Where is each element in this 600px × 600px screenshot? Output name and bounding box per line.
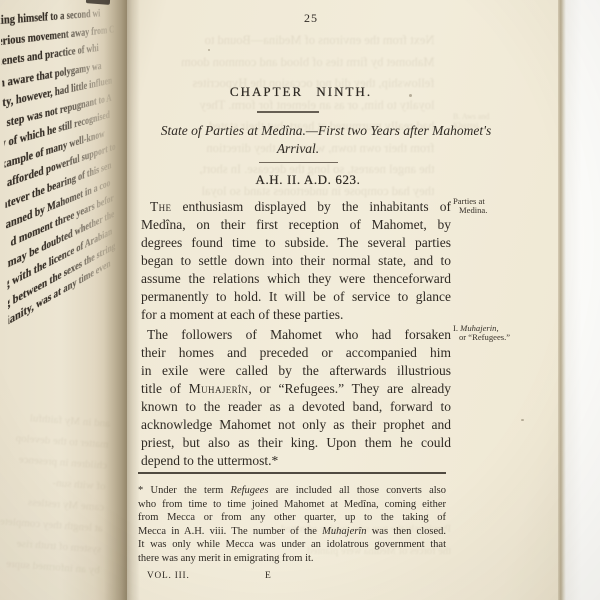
divider-rule — [259, 162, 338, 163]
text-line: for a moment at each of these parties. — [141, 306, 451, 324]
text-line: The enthusiasm displayed by the inhabita… — [141, 198, 451, 216]
chapter-subtitle-line1: State of Parties at Medîna.—First two Ye… — [141, 123, 511, 139]
text-line: began to settle down into their normal s… — [141, 252, 451, 270]
show-through-text: and in My faithful matter to the develop… — [0, 407, 111, 582]
margin-note-line: Medina. — [453, 206, 548, 215]
left-page-text: ting himself to a second wi erious movem… — [0, 0, 127, 354]
paragraph-2: The followers of Mahomet who had forsake… — [141, 326, 451, 470]
margin-note-line: or “Refugees.” — [453, 333, 548, 342]
page-content: Next from the environs of Medina—Bound t… — [141, 0, 451, 600]
text-line: priest, but also as their king. Upon the… — [141, 434, 451, 452]
footnote-line: from Mecca or from any other quarter, up… — [138, 511, 446, 525]
show-through-line: B. Aws and — [453, 112, 489, 121]
show-through-line: Mahomet by firm ties of blood and common… — [181, 52, 434, 74]
divider-rule — [257, 111, 319, 113]
dust-speck — [208, 49, 210, 51]
footnote-line: * Under the term Refugees are included a… — [138, 484, 446, 498]
text-line: The followers of Mahomet who had forsake… — [141, 326, 451, 344]
text-line: their homes and preceded or accompanied … — [141, 344, 451, 362]
page-number: 25 — [156, 11, 466, 26]
text-segment: title of — [141, 381, 189, 396]
text-line: known to the reader as a devoted band, f… — [141, 398, 451, 416]
footnote-rule — [138, 472, 446, 474]
text-line: assume the relations which they were the… — [141, 270, 451, 288]
footnote-line: who from time to time joined Mahomet at … — [138, 498, 446, 512]
text-line: permanently to hold. It will be of servi… — [141, 288, 451, 306]
text-segment: , or “Refugees.” They are already — [248, 381, 451, 396]
text-segment: are included all those converts also — [268, 485, 446, 496]
text-line: in exile were called by the afterwards i… — [141, 362, 451, 380]
book-photo: ting himself to a second wi erious movem… — [0, 0, 600, 600]
text-line: title of Muhajerîn, or “Refugees.” They … — [141, 380, 451, 398]
text-line: acknowledge Mahomet not only as their pr… — [141, 416, 451, 434]
book-page: Next from the environs of Medina—Bound t… — [127, 0, 558, 600]
footnote-italic: Muhajerîn — [322, 526, 366, 537]
dust-speck — [409, 94, 412, 97]
text-segment: enthusiasm displayed by the inhabitants … — [171, 199, 451, 214]
text-segment: Mecca in A.H. viii. The number of the — [138, 526, 322, 537]
text-line: depend to the uttermost.* — [141, 452, 451, 470]
text-line: degrees found time to subside. The sever… — [141, 234, 451, 252]
text-segment: * Under the term — [138, 485, 231, 496]
chapter-subtitle-line2: Arrival. — [143, 141, 453, 157]
small-caps-word: The — [150, 199, 171, 214]
margin-note-parties: Parties at Medina. — [453, 197, 548, 216]
backdrop — [566, 0, 600, 600]
dust-speck — [521, 419, 524, 421]
footnote-line: Mecca in A.H. viii. The number of the Mu… — [138, 525, 446, 539]
left-page: ting himself to a second wi erious movem… — [0, 0, 127, 600]
paragraph-1: The enthusiasm displayed by the inhabita… — [141, 198, 451, 324]
footer-volume-label: VOL. III. — [147, 571, 190, 581]
small-caps-word: Muhajerîn — [189, 381, 249, 396]
footnote: * Under the term Refugees are included a… — [138, 484, 446, 566]
chapter-heading: CHAPTER NINTH. — [146, 84, 456, 100]
page-edge — [558, 0, 566, 600]
footnote-italic: Refugees — [231, 485, 269, 496]
show-through-line: Next from the environs of Medina—Bound t… — [181, 30, 434, 52]
text-segment: was then closed. — [366, 526, 446, 537]
date-heading: A.H. II. A.D. 623. — [153, 172, 463, 188]
footnote-line: there was any merit in emigrating from i… — [138, 552, 446, 566]
margin-note-muhajerin: I. Muhajerin, or “Refugees.” — [453, 324, 548, 343]
footnote-line: It was only while Mecca was under an ido… — [138, 538, 446, 552]
footer-signature-mark: E — [265, 571, 271, 581]
text-line: Medîna, on their first reception of Maho… — [141, 216, 451, 234]
